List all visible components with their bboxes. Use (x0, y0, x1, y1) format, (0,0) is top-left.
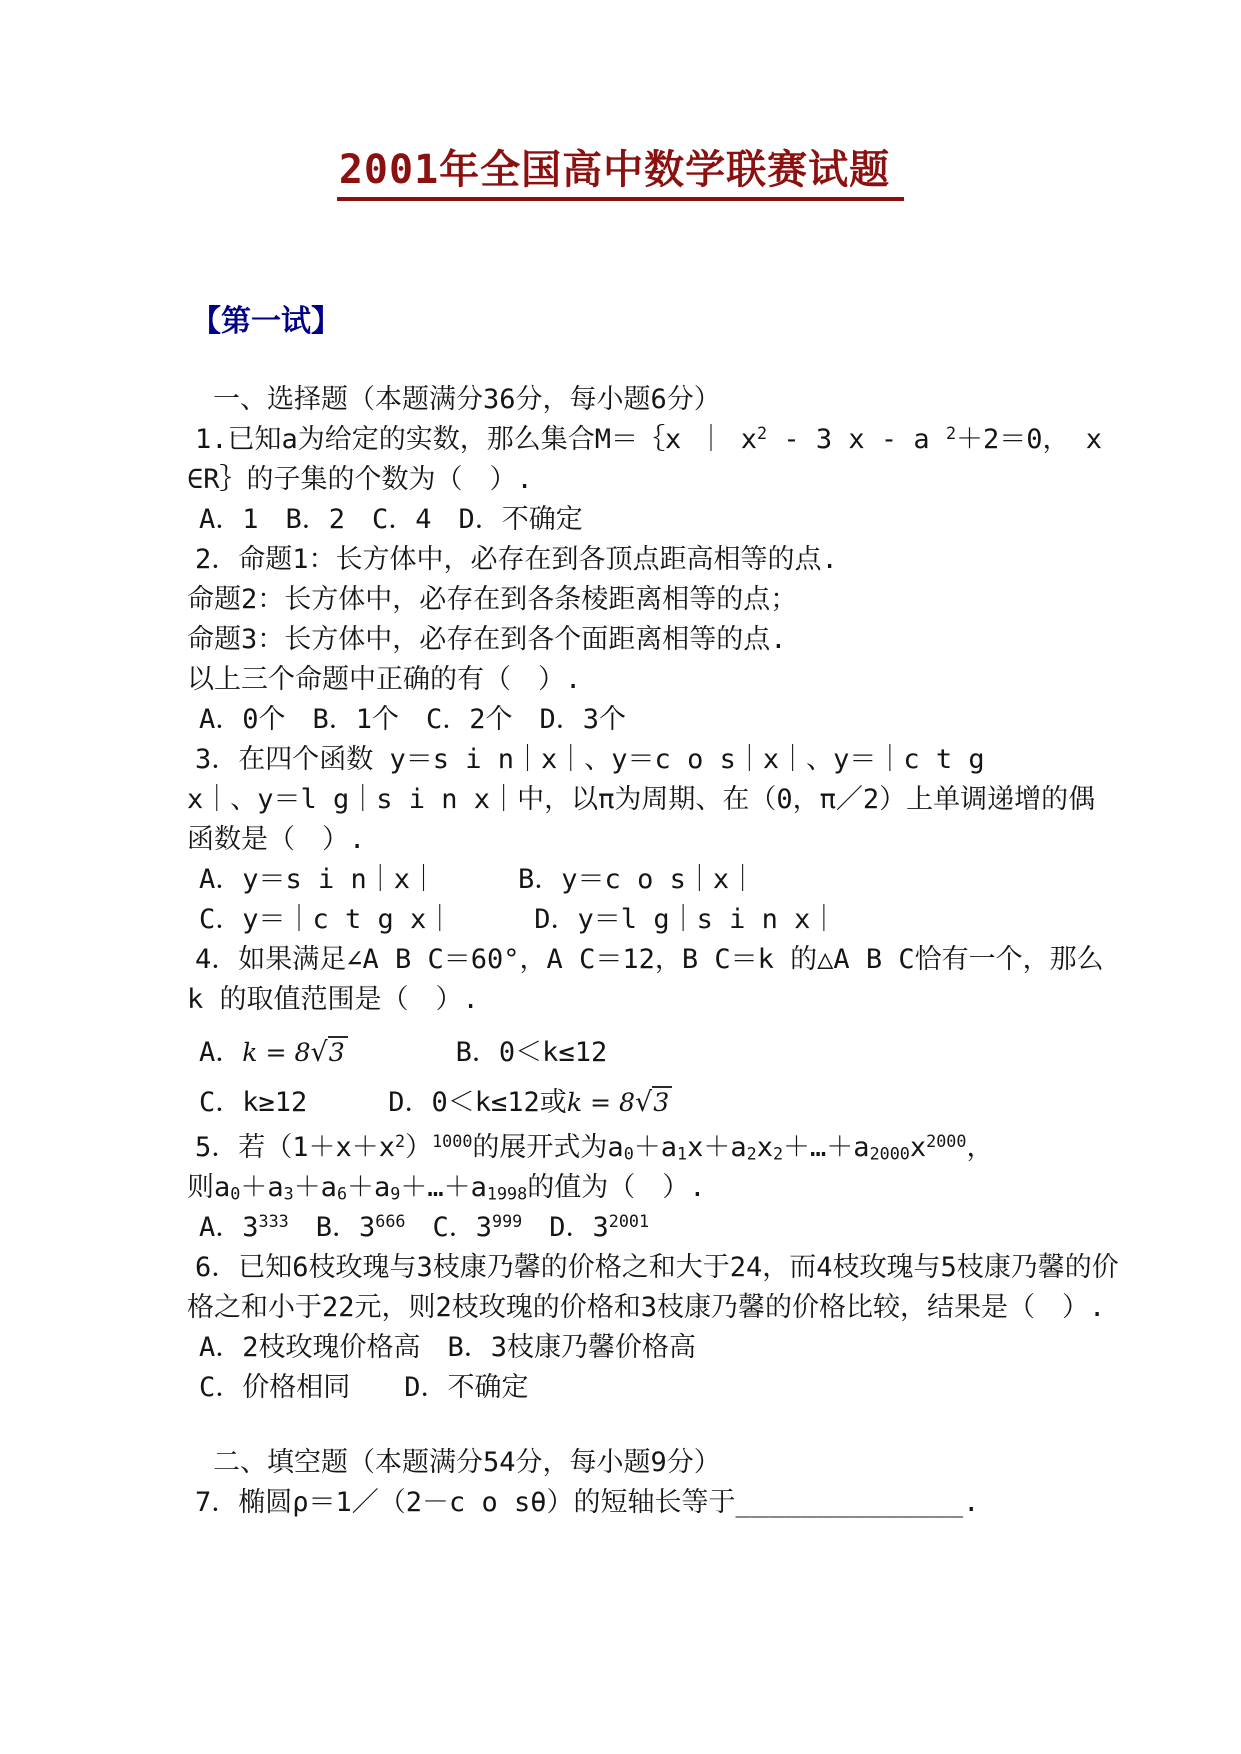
q1-options: A．1 B．2 C．4 D．不确定 (185, 500, 1131, 540)
q4-options-ab: A．k = 8√3 B．0＜k≤12 (185, 1028, 1131, 1078)
q4-options-cd: C．k≥12 D．0＜k≤12或k = 8√3 (185, 1078, 1131, 1128)
q4-line1: 4．如果满足∠A B C＝60°，A C＝12，B C＝k 的△A B C恰有一… (185, 940, 1131, 980)
q3-line3: 函数是（ ）. (185, 820, 1131, 860)
q5-line2: 则a0＋a3＋a6＋a9＋…＋a1998的值为（ ）. (185, 1168, 1131, 1208)
q6-line2: 格之和小于22元，则2枝玫瑰的价格和3枝康乃馨的价格比较，结果是（ ）. (185, 1288, 1131, 1328)
document-page: 2001年全国高中数学联赛试题 【第一试】 一、选择题（本题满分36分，每小题6… (0, 0, 1241, 1754)
q6-options-ab: A．2枝玫瑰价格高 B．3枝康乃馨价格高 (185, 1328, 1131, 1368)
math-expression: k = 8 (567, 1088, 635, 1117)
q2-options: A．0个 B．1个 C．2个 D．3个 (185, 700, 1131, 740)
q1-line2: ∈R｝的子集的个数为（ ）. (185, 460, 1131, 500)
document-body: 一、选择题（本题满分36分，每小题6分）1.已知a为给定的实数，那么集合M＝｛x… (185, 380, 1131, 1523)
document-content: 【第一试】 一、选择题（本题满分36分，每小题6分）1.已知a为给定的实数，那么… (0, 305, 1241, 1583)
part1-heading: 一、选择题（本题满分36分，每小题6分） (185, 380, 1131, 420)
sqrt-expression: √3 (310, 1037, 347, 1068)
q7-line1: 7．椭圆ρ＝1／（2－c o sθ）的短轴长等于______________. (185, 1483, 1131, 1523)
part2-heading: 二、填空题（本题满分54分，每小题9分） (185, 1443, 1131, 1483)
document-title: 2001年全国高中数学联赛试题 (337, 148, 904, 201)
q6-options-cd: C．价格相同 D．不确定 (185, 1368, 1131, 1408)
section-1-heading: 【第一试】 (191, 305, 1131, 338)
q2-line4: 以上三个命题中正确的有（ ）. (185, 660, 1131, 700)
math-expression: k = 8 (242, 1038, 310, 1067)
q3-options-ab: A．y＝s i n｜x｜ B．y＝c o s｜x｜ (185, 860, 1131, 900)
q1-line1: 1.已知a为给定的实数，那么集合M＝｛x ｜ x2 - 3 x - a 2＋2＝… (185, 420, 1131, 460)
q3-line2: x｜、y＝l g｜s i n x｜中，以π为周期、在（0，π／2）上单调递增的偶 (185, 780, 1131, 820)
q5-options: A．3333 B．3666 C．3999 D．32001 (185, 1208, 1131, 1248)
q2-line1: 2．命题1：长方体中，必存在到各顶点距高相等的点. (185, 540, 1131, 580)
q6-line1: 6．已知6枝玫瑰与3枝康乃馨的价格之和大于24，而4枝玫瑰与5枝康乃馨的价 (185, 1248, 1131, 1288)
q4-line2: k 的取值范围是（ ）. (185, 980, 1131, 1020)
sqrt-expression: √3 (635, 1087, 672, 1118)
q3-options-cd: C．y＝｜c t g x｜ D．y＝l g｜s i n x｜ (185, 900, 1131, 940)
title-row: 2001年全国高中数学联赛试题 (0, 0, 1241, 201)
q2-line2: 命题2：长方体中，必存在到各条棱距离相等的点； (185, 580, 1131, 620)
q2-line3: 命题3：长方体中，必存在到各个面距离相等的点. (185, 620, 1131, 660)
q3-line1: 3．在四个函数 y＝s i n｜x｜、y＝c o s｜x｜、y＝｜c t g (185, 740, 1131, 780)
q5-line1: 5．若（1＋x＋x2）1000的展开式为a0＋a1x＋a2x2＋…＋a2000x… (185, 1128, 1131, 1168)
